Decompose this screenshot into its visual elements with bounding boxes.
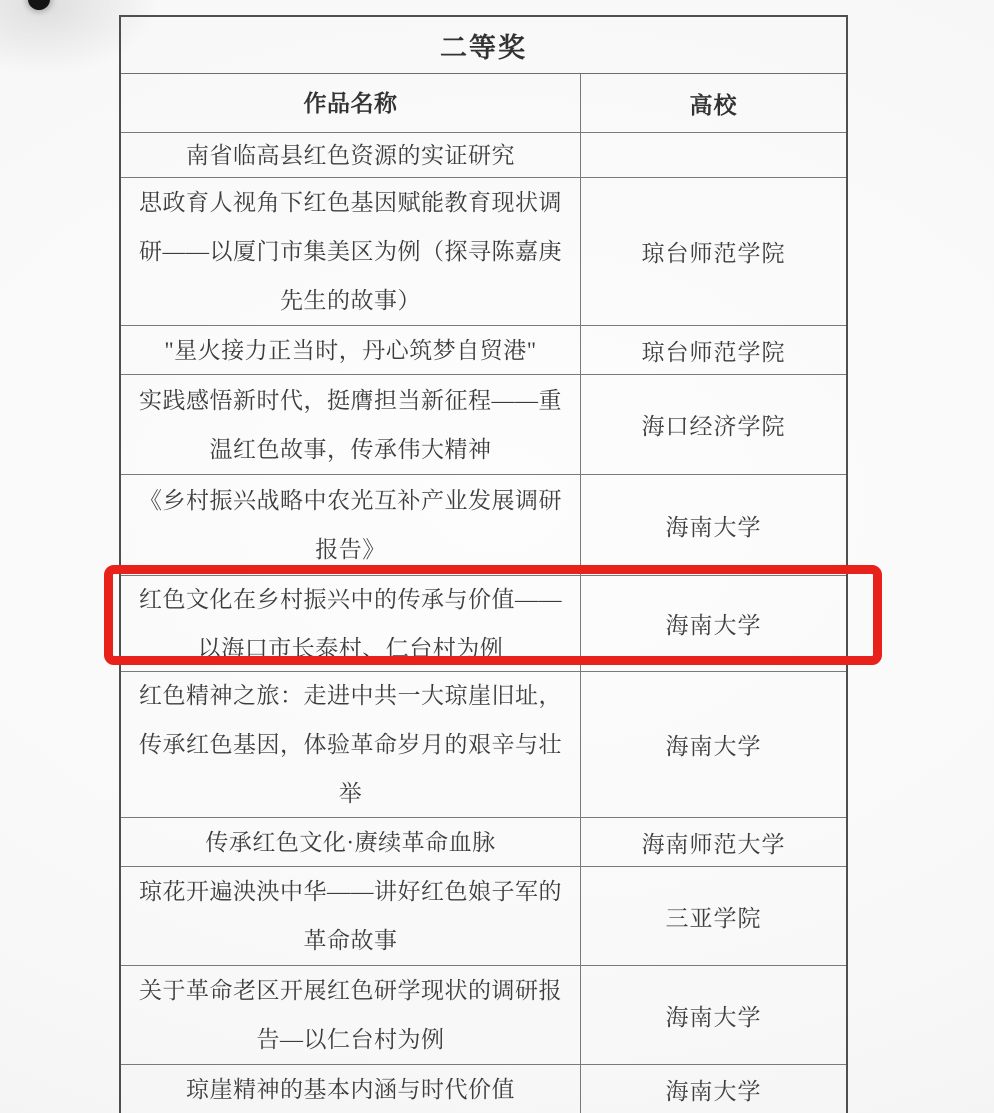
- prize-tier-header-row: 二等奖: [121, 17, 846, 73]
- table-row: 南省临高县红色资源的实证研究: [121, 132, 846, 177]
- college-cell: 海南大学: [581, 1065, 846, 1113]
- table-row: 红色精神之旅：走进中共一大琼崖旧址， 传承红色基因，体验革命岁月的艰辛与壮 举 …: [121, 671, 846, 817]
- college-cell: 海南大学: [581, 966, 846, 1064]
- work-title-cell: 《乡村振兴战略中农光互补产业发展调研 报告》: [121, 475, 581, 575]
- college-cell: 海口经济学院: [581, 375, 846, 474]
- work-title-cell: 红色文化在乡村振兴中的传承与价值—— 以海口市长泰村、仁台村为例: [121, 576, 581, 671]
- column-header-work-title: 作品名称: [121, 74, 581, 132]
- table-row: 实践感悟新时代，挺膺担当新征程——重 温红色故事，传承伟大精神 海口经济学院: [121, 374, 846, 474]
- column-header-row: 作品名称 高校: [121, 73, 846, 132]
- table-row: 《乡村振兴战略中农光互补产业发展调研 报告》 海南大学: [121, 474, 846, 575]
- column-header-college: 高校: [581, 74, 846, 132]
- award-table: 二等奖 作品名称 高校 南省临高县红色资源的实证研究 思政育人视角下红色基因赋能…: [119, 15, 848, 1113]
- college-cell: 海南师范大学: [581, 818, 846, 866]
- table-row: "星火接力正当时，丹心筑梦自贸港" 琼台师范学院: [121, 325, 846, 374]
- work-title-cell: 南省临高县红色资源的实证研究: [121, 133, 581, 177]
- table-row-highlighted: 红色文化在乡村振兴中的传承与价值—— 以海口市长泰村、仁台村为例 海南大学: [121, 575, 846, 671]
- college-cell: 海南大学: [581, 672, 846, 817]
- work-title-cell: 传承红色文化·赓续革命血脉: [121, 818, 581, 866]
- college-cell: 琼台师范学院: [581, 326, 846, 374]
- work-title-cell: 关于革命老区开展红色研学现状的调研报 告—以仁台村为例: [121, 966, 581, 1064]
- college-cell: 海南大学: [581, 576, 846, 671]
- college-cell: 琼台师范学院: [581, 178, 846, 325]
- prize-tier-title: 二等奖: [440, 26, 527, 65]
- work-title-cell: 红色精神之旅：走进中共一大琼崖旧址， 传承红色基因，体验革命岁月的艰辛与壮 举: [121, 672, 581, 817]
- work-title-cell: 琼崖精神的基本内涵与时代价值: [121, 1065, 581, 1113]
- photo-artifact-dot: [28, 0, 50, 10]
- work-title-cell: 琼花开遍泱泱中华——讲好红色娘子军的 革命故事: [121, 867, 581, 965]
- work-title-cell: 思政育人视角下红色基因赋能教育现状调 研——以厦门市集美区为例（探寻陈嘉庚 先生…: [121, 178, 581, 325]
- college-cell: 海南大学: [581, 475, 846, 575]
- work-title-cell: 实践感悟新时代，挺膺担当新征程——重 温红色故事，传承伟大精神: [121, 375, 581, 474]
- table-row: 琼崖精神的基本内涵与时代价值 海南大学: [121, 1064, 846, 1113]
- work-title-cell: "星火接力正当时，丹心筑梦自贸港": [121, 326, 581, 374]
- table-row: 琼花开遍泱泱中华——讲好红色娘子军的 革命故事 三亚学院: [121, 866, 846, 965]
- college-cell: 三亚学院: [581, 867, 846, 965]
- table-row: 关于革命老区开展红色研学现状的调研报 告—以仁台村为例 海南大学: [121, 965, 846, 1064]
- table-row: 传承红色文化·赓续革命血脉 海南师范大学: [121, 817, 846, 866]
- college-cell: [581, 133, 846, 177]
- table-row: 思政育人视角下红色基因赋能教育现状调 研——以厦门市集美区为例（探寻陈嘉庚 先生…: [121, 177, 846, 325]
